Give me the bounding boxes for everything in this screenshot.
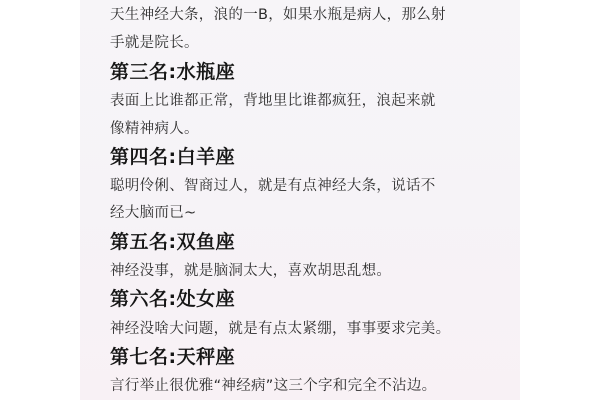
body-line-pisces-1: 神经没事，就是脑洞太大，喜欢胡思乱想。 xyxy=(110,261,391,281)
body-line-sagittarius-2: 手就是院长。 xyxy=(110,33,199,53)
body-line-aquarius-2: 像精神病人。 xyxy=(110,119,199,139)
heading-rank-7-libra: 第七名:天秤座 xyxy=(110,344,235,370)
body-line-libra-1: 言行举止很优雅“神经病”这三个字和完全不沾边。 xyxy=(110,376,436,396)
page: 天生神经大条，浪的一B，如果水瓶是病人，那么射 手就是院长。 第三名:水瓶座 表… xyxy=(0,0,600,400)
article-panel: 天生神经大条，浪的一B，如果水瓶是病人，那么射 手就是院长。 第三名:水瓶座 表… xyxy=(80,0,520,400)
heading-rank-5-pisces: 第五名:双鱼座 xyxy=(110,229,235,255)
heading-rank-4-aries: 第四名:白羊座 xyxy=(110,144,235,170)
heading-rank-3-aquarius: 第三名:水瓶座 xyxy=(110,59,235,85)
body-line-sagittarius-1: 天生神经大条，浪的一B，如果水瓶是病人，那么射 xyxy=(110,5,446,25)
body-line-aries-2: 经大脑而已~ xyxy=(110,203,196,223)
body-line-aries-1: 聪明伶俐、智商过人，就是有点神经大条，说话不 xyxy=(110,176,436,196)
body-line-aquarius-1: 表面上比谁都正常，背地里比谁都疯狂，浪起来就 xyxy=(110,91,436,111)
body-line-virgo-1: 神经没啥大问题，就是有点太紧绷，事事要求完美。 xyxy=(110,319,450,339)
heading-rank-6-virgo: 第六名:处女座 xyxy=(110,286,235,312)
